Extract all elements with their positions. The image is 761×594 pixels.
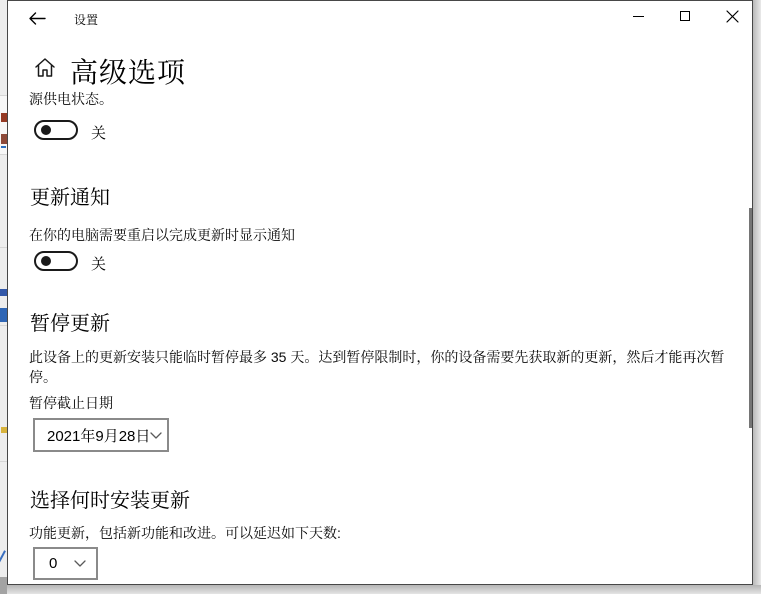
- underlay-fragment: [0, 289, 7, 296]
- power-toggle[interactable]: [34, 120, 78, 140]
- underlay-fragment: [0, 550, 6, 562]
- page-title: 高级选项: [70, 51, 186, 91]
- back-button[interactable]: [16, 1, 58, 35]
- close-icon: [726, 10, 739, 23]
- maximize-button[interactable]: [662, 1, 708, 31]
- background-window-strip: [0, 0, 7, 594]
- underlay-divider: [0, 461, 7, 462]
- window-shadow-right: [753, 0, 761, 594]
- close-button[interactable]: [709, 1, 755, 31]
- power-status-text: 源供电状态。: [29, 89, 113, 109]
- toggle-knob: [41, 256, 51, 266]
- window-shadow-bottom: [7, 585, 761, 594]
- power-toggle-state-label: 关: [91, 122, 106, 143]
- pause-updates-heading: 暂停更新: [30, 307, 110, 336]
- underlay-divider: [0, 247, 7, 248]
- minimize-icon: [633, 16, 644, 17]
- pause-date-dropdown[interactable]: 2021年9月28日: [33, 418, 169, 452]
- scrollbar[interactable]: [749, 208, 752, 428]
- underlay-divider: [0, 95, 7, 96]
- underlay-divider: [0, 154, 7, 155]
- pause-updates-description: 此设备上的更新安装只能临时暂停最多 35 天。达到暂停限制时，你的设备需要先获取…: [29, 347, 736, 387]
- window-title: 设置: [74, 11, 98, 28]
- minimize-button[interactable]: [615, 1, 661, 31]
- toggle-knob: [41, 125, 51, 135]
- chevron-down-icon: [150, 432, 162, 439]
- maximize-icon: [680, 11, 690, 21]
- underlay-taskbar-fragment: [0, 577, 7, 594]
- feature-update-delay-dropdown[interactable]: 0: [33, 547, 98, 580]
- pause-date-value: 2021年9月28日: [47, 425, 150, 446]
- install-timing-description: 功能更新，包括新功能和改进。可以延迟如下天数:: [29, 523, 341, 543]
- underlay-divider: [0, 325, 7, 326]
- underlay-fragment: [0, 308, 7, 322]
- install-timing-heading: 选择何时安装更新: [30, 484, 190, 513]
- pause-date-label: 暂停截止日期: [29, 393, 113, 413]
- chevron-down-icon: [74, 560, 86, 567]
- feature-update-delay-value: 0: [49, 555, 74, 572]
- underlay-fragment: [1, 146, 6, 148]
- update-notifications-toggle-state-label: 关: [91, 253, 106, 274]
- home-icon[interactable]: [34, 57, 56, 78]
- settings-window: 设置 高级选项 源供电状态。 关 更新通知 在你的电脑需要重启以完成更新时显示通…: [7, 0, 753, 585]
- update-notifications-description: 在你的电脑需要重启以完成更新时显示通知: [29, 225, 295, 245]
- back-icon: [29, 12, 46, 25]
- update-notifications-toggle[interactable]: [34, 251, 78, 271]
- update-notifications-heading: 更新通知: [30, 181, 110, 210]
